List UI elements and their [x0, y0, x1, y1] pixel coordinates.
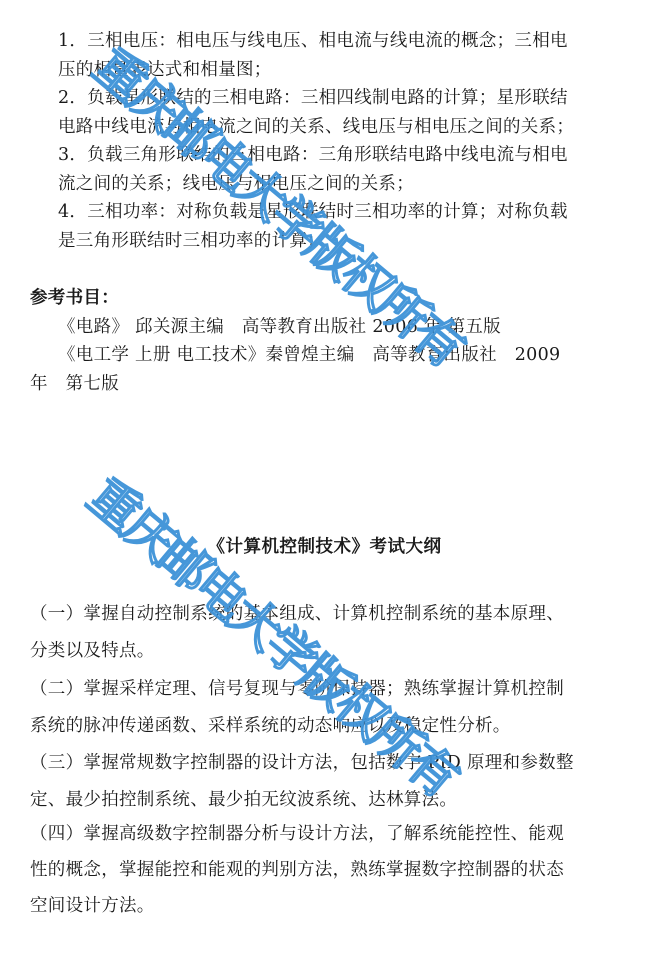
- item-2-line-1: 2．负载星形联结的三相电路：三相四线制电路的计算；星形联结: [58, 88, 568, 108]
- syllabus-item-3-line-1: （三）掌握常规数字控制器的设计方法，包括数字 PID 原理和参数整: [30, 753, 574, 773]
- syllabus-item-4-line-3: 空间设计方法。: [30, 896, 155, 916]
- reference-book-1: 《电路》 邱关源主编 高等教育出版社 2006 年 第五版: [58, 317, 501, 337]
- syllabus-item-1-line-2: 分类以及特点。: [30, 641, 155, 661]
- syllabus-item-1-line-1: （一）掌握自动控制系统的基本组成、计算机控制系统的基本原理、: [30, 604, 564, 624]
- item-1-line-1: 1．三相电压：相电压与线电压、相电流与线电流的概念；三相电: [58, 31, 568, 51]
- item-3-line-2: 流之间的关系；线电压与相电压之间的关系；: [58, 174, 414, 194]
- syllabus-item-4-line-2: 性的概念，掌握能控和能观的判别方法，熟练掌握数字控制器的状态: [30, 860, 564, 880]
- syllabus-item-3-line-2: 定、最少拍控制系统、最少拍无纹波系统、达林算法。: [30, 790, 457, 810]
- item-3-line-1: 3．负载三角形联结的三相电路：三角形联结电路中线电流与相电: [58, 145, 568, 165]
- reference-book-2-line-1: 《电工学 上册 电工技术》秦曾煌主编 高等教育出版社 2009: [58, 345, 560, 365]
- syllabus-item-4-line-1: （四）掌握高级数字控制器分析与设计方法，了解系统能控性、能观: [30, 824, 564, 844]
- reference-book-2-line-2: 年 第七版: [30, 374, 119, 394]
- syllabus-item-2-line-1: （二）掌握采样定理、信号复现与零阶保持器；熟练掌握计算机控制: [30, 679, 564, 699]
- item-4-line-1: 4．三相功率：对称负载是星形联结时三相功率的计算；对称负载: [58, 202, 568, 222]
- references-title: 参考书目：: [30, 288, 119, 308]
- syllabus-item-2-line-2: 系统的脉冲传递函数、采样系统的动态响应以及稳定性分析。: [30, 716, 511, 736]
- item-1-line-2: 压的相量表达式和相量图；: [58, 60, 272, 80]
- item-4-line-2: 是三角形联结时三相功率的计算；: [58, 231, 325, 251]
- document-page: 1．三相电压：相电压与线电压、相电流与线电流的概念；三相电 压的相量表达式和相量…: [0, 0, 649, 961]
- syllabus-title: 《计算机控制技术》考试大纲: [0, 533, 649, 558]
- item-2-line-2: 电路中线电流与相电流之间的关系、线电压与相电压之间的关系；: [58, 117, 574, 137]
